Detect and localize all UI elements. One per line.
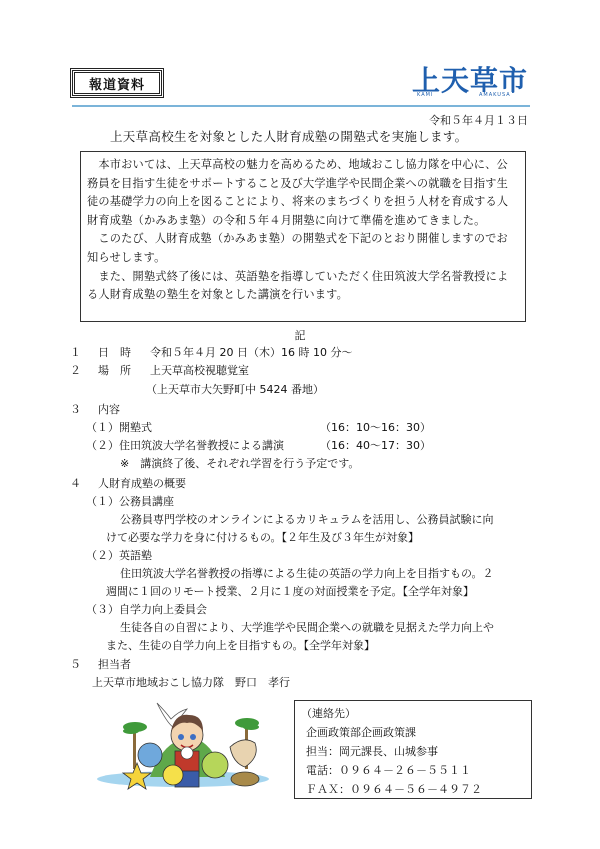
course-description: 生徒各自の自習により、大学進学や民間企業への就職を見据えた学力向上や (120, 619, 494, 637)
item-overview: ４人財育成塾の概要 (70, 475, 186, 493)
contact-heading: （連絡先） (301, 704, 531, 723)
item-number: ４ (70, 475, 98, 493)
item-person: ５担当者 (70, 656, 131, 674)
mascot-characters-illustration (95, 697, 270, 805)
press-release-page: 報道資料 上天草市 KAMI AMAKUSA 令和５年４月１３日 上天草高校生を… (0, 0, 600, 849)
item-label: 人財育成塾の概要 (98, 477, 186, 490)
course-description: 住田筑波大学名誉教授の指導による生徒の英語の学力向上を目指すもの。２ (120, 565, 494, 583)
contact-fax: ＦＡＸ：０９６４－５６－４９７２ (301, 780, 531, 799)
contact-phone: 電話：０９６４－２６－５５１１ (301, 761, 531, 780)
course-description: けて必要な学力を身に付けるもの。【２年生及び３年生が対象】 (106, 529, 419, 547)
intro-paragraph: 本市おいては、上天草高校の魅力を高めるため、地域おこし協力隊を中心に、公務員を目… (87, 156, 519, 230)
document-title: 上天草高校生を対象とした人財育成塾の開塾式を実施します。 (110, 127, 467, 145)
content-entry-time: （16：40～17：30） (320, 437, 431, 455)
item-datetime: １日 時令和５年４月 20 日（木）16 時 10 分～ (70, 344, 352, 362)
item-label: 内容 (98, 403, 120, 416)
course-label: （２）英語塾 (86, 547, 152, 565)
content-entry-label: （１）開塾式 (86, 419, 152, 437)
intro-paragraph: また、開塾式終了後には、英語塾を指導していただく住田筑波大学名誉教授による人財育… (87, 268, 519, 305)
item-number: ５ (70, 656, 98, 674)
item-number: ３ (70, 401, 98, 419)
header-divider (72, 105, 530, 107)
person-name: 上天草市地域おこし協力隊 野口 孝行 (92, 674, 290, 692)
item-value: 上天草高校視聴覚室 (150, 364, 249, 377)
course-label: （３）自学力向上委員会 (86, 601, 207, 619)
content-entry-label: （２）住田筑波大学名誉教授による講演 (86, 437, 284, 455)
contact-box: （連絡先） 企画政策部企画政策課 担当：岡元課長、山城参事 電話：０９６４－２６… (294, 700, 532, 799)
item-label: 日 時 (98, 344, 150, 362)
course-label: （１）公務員講座 (86, 493, 174, 511)
item-number: １ (70, 344, 98, 362)
contact-staff: 担当：岡元課長、山城参事 (301, 742, 531, 761)
ki-heading: 記 (0, 327, 600, 343)
item-number: ２ (70, 362, 98, 380)
intro-box: 本市おいては、上天草高校の魅力を高めるため、地域おこし協力隊を中心に、公務員を目… (80, 151, 526, 322)
content-note: ※ 講演終了後、それぞれ学習を行う予定です。 (120, 455, 359, 473)
item-label: 担当者 (98, 658, 131, 671)
logo-sub-right: AMAKUSA (478, 92, 512, 98)
course-description: 公務員専門学校のオンラインによるカリキュラムを活用し、公務員試験に向 (120, 511, 494, 529)
intro-paragraph: このたび、人財育成塾（かみあま塾）の開塾式を下記のとおり開催しますのでお知らせし… (87, 230, 519, 267)
press-release-label: 報道資料 (72, 70, 162, 96)
logo-sub-left: KAMI (416, 92, 434, 98)
content-entry-time: （16：10～16：30） (320, 419, 431, 437)
item-place: ２場 所上天草高校視聴覚室 (70, 362, 249, 380)
item-value: 令和５年４月 20 日（木）16 時 10 分～ (150, 346, 352, 359)
release-date: 令和５年４月１３日 (429, 112, 528, 128)
item-label: 場 所 (98, 362, 150, 380)
contact-department: 企画政策部企画政策課 (301, 723, 531, 742)
place-address: （上天草市大矢野町中 5424 番地） (146, 381, 324, 399)
city-logo: 上天草市 KAMI AMAKUSA (412, 66, 530, 100)
course-description: 週間に１回のリモート授業、２月に１度の対面授業を予定。【全学年対象】 (106, 583, 474, 601)
item-content: ３内容 (70, 401, 120, 419)
course-description: また、生徒の自学力向上を目指すもの。【全学年対象】 (106, 637, 375, 655)
